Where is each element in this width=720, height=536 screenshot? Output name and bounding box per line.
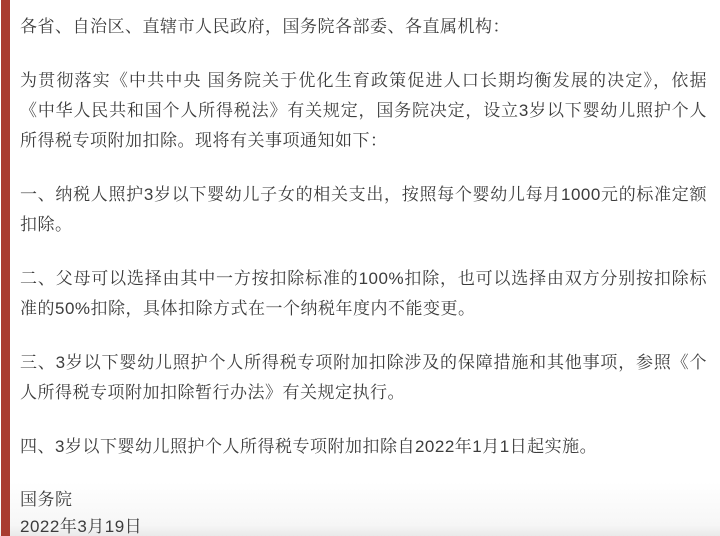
salutation-line: 各省、自治区、直辖市人民政府，国务院各部委、各直属机构： bbox=[20, 12, 707, 42]
paragraph-item-2: 二、父母可以选择由其中一方按扣除标准的100%扣除，也可以选择由双方分别按扣除标… bbox=[20, 264, 707, 324]
paragraph-item-3: 三、3岁以下婴幼儿照护个人所得税专项附加扣除涉及的保障措施和其他事项，参照《个人… bbox=[20, 348, 707, 408]
signature-signer: 国务院 bbox=[20, 486, 707, 513]
signature-block: 国务院 2022年3月19日 bbox=[20, 486, 707, 536]
paragraph-item-1: 一、纳税人照护3岁以下婴幼儿子女的相关支出，按照每个婴幼儿每月1000元的标准定… bbox=[20, 180, 707, 240]
paragraph-intro: 为贯彻落实《中共中央 国务院关于优化生育政策促进人口长期均衡发展的决定》，依据《… bbox=[20, 66, 707, 156]
left-accent-bar bbox=[1, 0, 10, 536]
paragraph-item-4: 四、3岁以下婴幼儿照护个人所得税专项附加扣除自2022年1月1日起实施。 bbox=[20, 432, 707, 462]
notice-body: 各省、自治区、直辖市人民政府，国务院各部委、各直属机构： 为贯彻落实《中共中央 … bbox=[20, 12, 707, 536]
document-page: 各省、自治区、直辖市人民政府，国务院各部委、各直属机构： 为贯彻落实《中共中央 … bbox=[0, 0, 720, 536]
signature-date: 2022年3月19日 bbox=[20, 513, 707, 536]
